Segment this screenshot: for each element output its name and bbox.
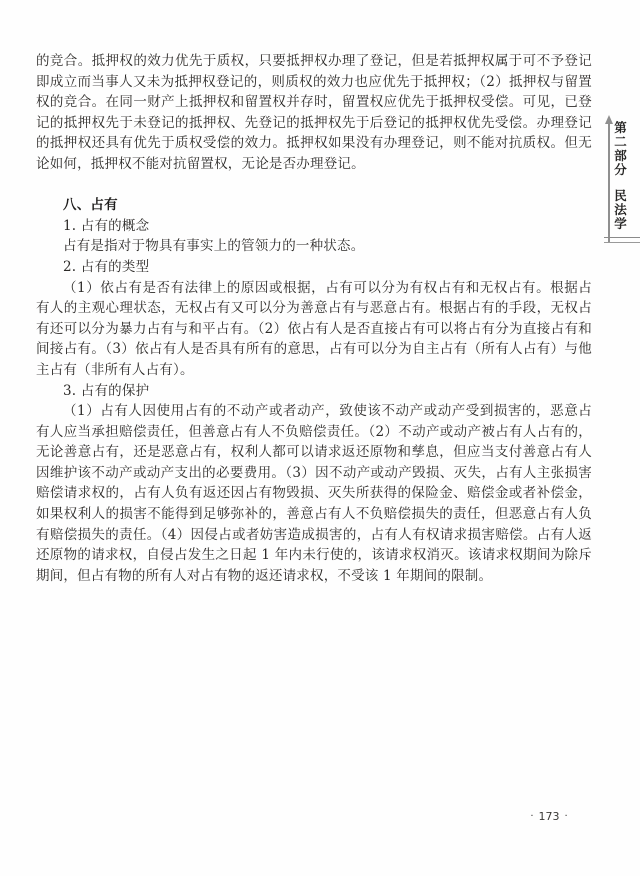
subject-label: 民法学 (613, 189, 628, 231)
paragraph-possession-types: （1）依占有是否有法律上的原因或根据，占有可以分为有权占有和无权占有。根据占有人… (36, 278, 592, 381)
up-arrow-icon (605, 115, 613, 124)
page-number: 173 (539, 810, 560, 823)
paragraph-possession-definition: 占有是指对于物具有事实上的管领力的一种状态。 (36, 236, 592, 257)
page-body: 的竞合。抵押权的效力优先于质权，只要抵押权办理了登记，但是若抵押权属于可不予登记… (36, 51, 592, 586)
subheading-possession-protection: 3. 占有的保护 (36, 381, 592, 402)
paragraph-mortgage-priority: 的竞合。抵押权的效力优先于质权，只要抵押权办理了登记，但是若抵押权属于可不予登记… (36, 51, 592, 175)
tab-double-rule (604, 237, 640, 243)
subheading-possession-concept: 1. 占有的概念 (36, 216, 592, 237)
tab-vertical-rule (608, 123, 610, 242)
subheading-possession-types: 2. 占有的类型 (36, 257, 592, 278)
section-heading-possession: 八、占有 (36, 195, 592, 216)
paragraph-possession-protection: （1）占有人因使用占有的不动产或者动产，致使该不动产或动产受到损害的，恶意占有人… (36, 401, 592, 586)
page-footer: ·173· (516, 810, 582, 823)
part-label: 第二部分 (613, 121, 628, 177)
footer-right-dot: · (565, 811, 568, 822)
tab-labels: 第二部分民法学 (613, 121, 626, 231)
book-page: 的竞合。抵押权的效力优先于质权，只要抵押权办理了登记，但是若抵押权属于可不予登记… (0, 0, 640, 876)
footer-left-dot: · (530, 811, 533, 822)
